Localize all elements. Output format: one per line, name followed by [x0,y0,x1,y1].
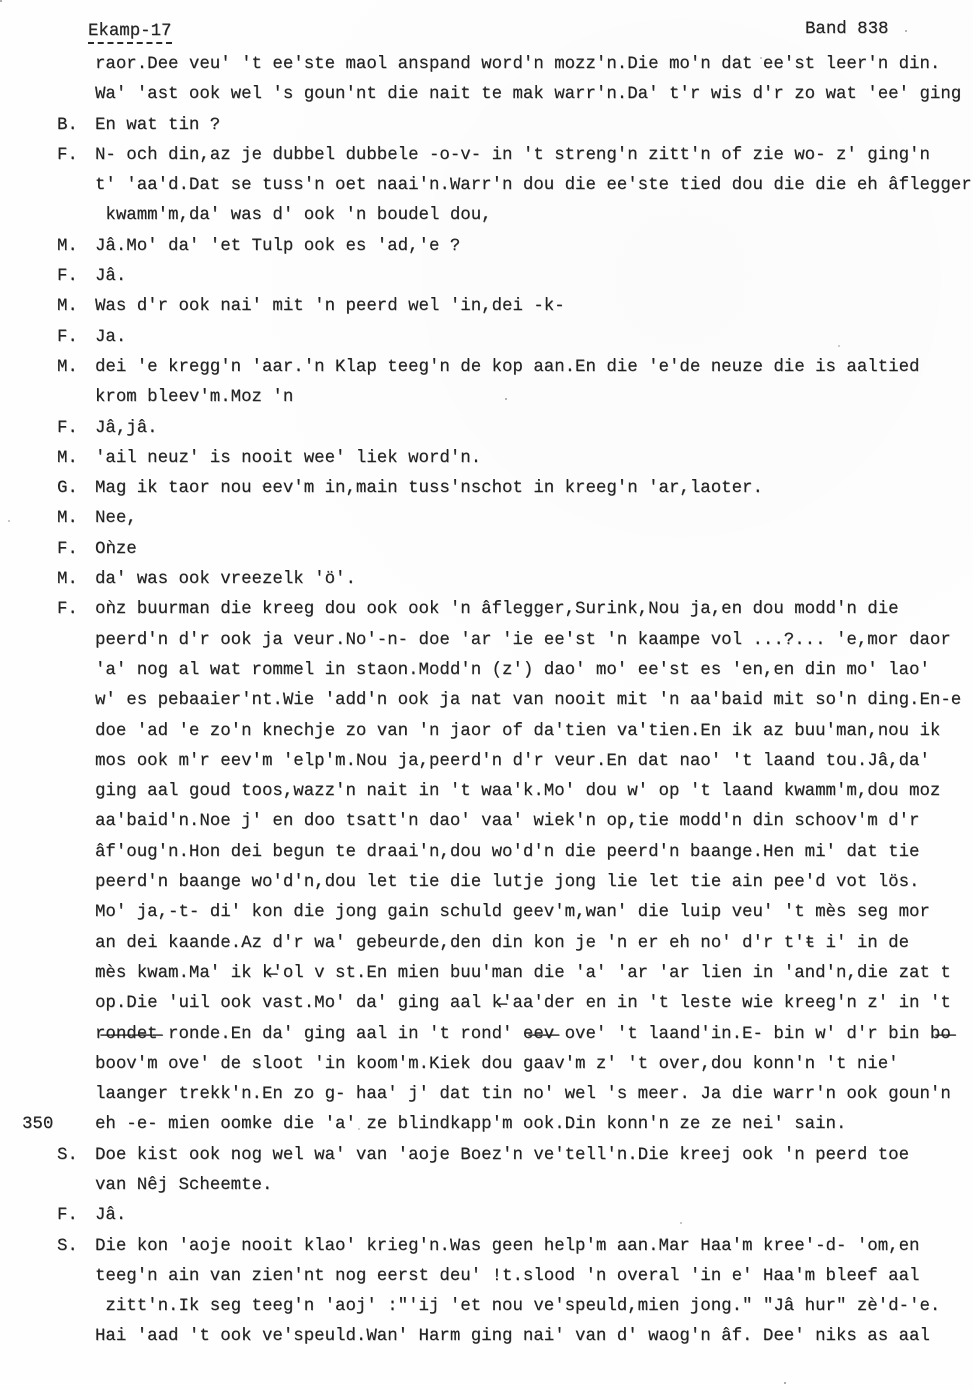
transcript-line: F.oǹz buurman die kreeg dou ook ook 'n â… [0,595,973,625]
line-text: an dei kaande.Az d'r wa' gebeurde,den di… [95,929,973,959]
speaker-label: F. [57,262,78,292]
transcript-line: t' 'aa'd.Dat se tuss'n oet naai'n.Warr'n… [0,171,973,201]
line-text: w' es pebaaier'nt.Wie 'add'n ook ja nat … [95,686,973,716]
transcript-line: Wa' 'ast ook wel 's goun'nt die nait te … [0,80,973,110]
line-text: Mag ik taor nou eev'm in,main tuss'nscho… [95,474,973,504]
speaker-label: M. [57,292,78,322]
speaker-label: S. [57,1232,78,1262]
speaker-label: G. [57,474,78,504]
line-text: peerd'n d'r ook ja veur.No'-n- doe 'ar '… [95,626,973,656]
transcript-line: G.Mag ik taor nou eev'm in,main tuss'nsc… [0,474,973,504]
line-text: eh -e- mien oomke die 'a' ze blindkapp'm… [95,1110,973,1140]
line-text: 'a' nog al wat rommel in staon.Modd'n (z… [95,656,973,686]
line-text: teeg'n ain van zien'nt nog eerst deu' !t… [95,1262,973,1292]
transcript-line: aa'baid'n.Noe j' en doo tsatt'n dao' vaa… [0,807,973,837]
margin-line-number: 350 [22,1110,53,1140]
page-title: Ekamp-17 [88,22,172,44]
line-text: Mo' ja,-t- di' kon die jong gain schuld … [95,898,973,928]
transcript-line: zitt'n.Ik seg teeg'n 'aoj' :"'ij 'et nou… [0,1292,973,1322]
transcript-line: krom bleev'm.Moz 'n [0,383,973,413]
line-text: op.Die 'uil ook vast.Mo' da' ging aal k̶… [95,989,973,1019]
speaker-label: F. [57,1201,78,1231]
transcript-line: an dei kaande.Az d'r wa' gebeurde,den di… [0,929,973,959]
line-text: ging aal goud toos,wazz'n nait in 't waa… [95,777,973,807]
transcript-line: raor.Dee veu' 't ee'ste maol anspand wor… [0,50,973,80]
line-text: Jâ,jâ. [95,414,973,444]
transcript-line: M.'ail neuz' is nooit wee' liek word'n. [0,444,973,474]
transcript-line: M.Nee, [0,504,973,534]
transcript-line: kwamm'm,da' was d' ook 'n boudel dou, [0,201,973,231]
transcript-line: M.dei 'e kregg'n 'aar.'n Klap teeg'n de … [0,353,973,383]
transcript-line: F.Jâ. [0,262,973,292]
speaker-label: M. [57,565,78,595]
transcript-line: B.En wat tin ? [0,111,973,141]
transcript-line: âf'oug'n.Hon dei begun te draai'n,dou wo… [0,838,973,868]
line-text: Jâ.Mo' da' 'et Tulp ook es 'ad,'e ? [95,232,973,262]
transcript-line: peerd'n d'r ook ja veur.No'-n- doe 'ar '… [0,626,973,656]
line-text: raor.Dee veu' 't ee'ste maol anspand wor… [95,50,973,80]
transcript-line: mès kwam.Ma' ik k̶'ol v st.En mien buu'm… [0,959,973,989]
line-text: krom bleev'm.Moz 'n [95,383,973,413]
speaker-label: M. [57,504,78,534]
transcript-body: raor.Dee veu' 't ee'ste maol anspand wor… [0,50,973,1353]
transcript-line: doe 'ad 'e zo'n knechje zo van 'n jaor o… [0,717,973,747]
speaker-label: F. [57,414,78,444]
line-text: boov'm ove' de sloot 'in koom'm.Kiek dou… [95,1050,973,1080]
transcript-line: S.Doe kist ook nog wel wa' van 'aoje Boe… [0,1141,973,1171]
transcript-line: mos ook m'r eev'm 'elp'm.Nou ja,peerd'n … [0,747,973,777]
line-text: Wa' 'ast ook wel 's goun'nt die nait te … [95,80,973,110]
transcript-line: M.Was d'r ook nai' mit 'n peerd wel 'in,… [0,292,973,322]
transcript-line: peerd'n baange wo'd'n,dou let tie die lu… [0,868,973,898]
transcript-line: 'a' nog al wat rommel in staon.Modd'n (z… [0,656,973,686]
line-text: r̶o̶n̶d̶e̶t̶ ronde.En da' ging aal in 't… [95,1020,973,1050]
speaker-label: S. [57,1141,78,1171]
transcript-line: teeg'n ain van zien'nt nog eerst deu' !t… [0,1262,973,1292]
line-text: oǹz buurman die kreeg dou ook ook 'n âfl… [95,595,973,625]
speaker-label: F. [57,141,78,171]
transcript-line: op.Die 'uil ook vast.Mo' da' ging aal k̶… [0,989,973,1019]
speaker-label: B. [57,111,78,141]
line-text: En wat tin ? [95,111,973,141]
line-text: t' 'aa'd.Dat se tuss'n oet naai'n.Warr'n… [95,171,973,201]
line-text: âf'oug'n.Hon dei begun te draai'n,dou wo… [95,838,973,868]
line-text: da' was ook vreezelk 'ö'. [95,565,973,595]
transcript-line: S.Die kon 'aoje nooit klao' krieg'n.Was … [0,1232,973,1262]
line-text: dei 'e kregg'n 'aar.'n Klap teeg'n de ko… [95,353,973,383]
line-text: Jâ. [95,262,973,292]
transcript-line: ging aal goud toos,wazz'n nait in 't waa… [0,777,973,807]
line-text: kwamm'm,da' was d' ook 'n boudel dou, [95,201,973,231]
transcript-line: boov'm ove' de sloot 'in koom'm.Kiek dou… [0,1050,973,1080]
transcript-line: F.Oǹze [0,535,973,565]
line-text: Doe kist ook nog wel wa' van 'aoje Boez'… [95,1141,973,1171]
transcript-line: 350eh -e- mien oomke die 'a' ze blindkap… [0,1110,973,1140]
line-text: Ja. [95,323,973,353]
transcript-line: M.da' was ook vreezelk 'ö'. [0,565,973,595]
line-text: N- och din,az je dubbel dubbele -o-v- in… [95,141,973,171]
scan-speck [0,0,2,2]
line-text: mos ook m'r eev'm 'elp'm.Nou ja,peerd'n … [95,747,973,777]
document-page: Ekamp-17 Band 838 raor.Dee veu' 't ee'st… [0,0,973,1390]
line-text: Nee, [95,504,973,534]
transcript-line: w' es pebaaier'nt.Wie 'add'n ook ja nat … [0,686,973,716]
line-text: Hai 'aad 't ook ve'speuld.Wan' Harm ging… [95,1322,973,1352]
transcript-line: van Nêj Scheemte. [0,1171,973,1201]
speaker-label: F. [57,535,78,565]
transcript-line: F.Jâ. [0,1201,973,1231]
line-text: mès kwam.Ma' ik k̶'ol v st.En mien buu'm… [95,959,973,989]
speaker-label: F. [57,595,78,625]
line-text: zitt'n.Ik seg teeg'n 'aoj' :"'ij 'et nou… [95,1292,973,1322]
line-text: 'ail neuz' is nooit wee' liek word'n. [95,444,973,474]
transcript-line: F.Ja. [0,323,973,353]
transcript-line: F.Jâ,jâ. [0,414,973,444]
band-number: Band 838 [805,20,889,39]
transcript-line: Hai 'aad 't ook ve'speuld.Wan' Harm ging… [0,1322,973,1352]
speaker-label: F. [57,323,78,353]
line-text: doe 'ad 'e zo'n knechje zo van 'n jaor o… [95,717,973,747]
speaker-label: M. [57,444,78,474]
line-text: aa'baid'n.Noe j' en doo tsatt'n dao' vaa… [95,807,973,837]
line-text: Oǹze [95,535,973,565]
transcript-line: M.Jâ.Mo' da' 'et Tulp ook es 'ad,'e ? [0,232,973,262]
line-text: laanger trekk'n.En zo g- haa' j' dat tin… [95,1080,973,1110]
line-text: Jâ. [95,1201,973,1231]
transcript-line: laanger trekk'n.En zo g- haa' j' dat tin… [0,1080,973,1110]
speaker-label: M. [57,232,78,262]
line-text: peerd'n baange wo'd'n,dou let tie die lu… [95,868,973,898]
line-text: Die kon 'aoje nooit klao' krieg'n.Was ge… [95,1232,973,1262]
line-text: van Nêj Scheemte. [95,1171,973,1201]
speaker-label: M. [57,353,78,383]
transcript-line: F.N- och din,az je dubbel dubbele -o-v- … [0,141,973,171]
line-text: Was d'r ook nai' mit 'n peerd wel 'in,de… [95,292,973,322]
transcript-line: Mo' ja,-t- di' kon die jong gain schuld … [0,898,973,928]
transcript-line: r̶o̶n̶d̶e̶t̶ ronde.En da' ging aal in 't… [0,1020,973,1050]
